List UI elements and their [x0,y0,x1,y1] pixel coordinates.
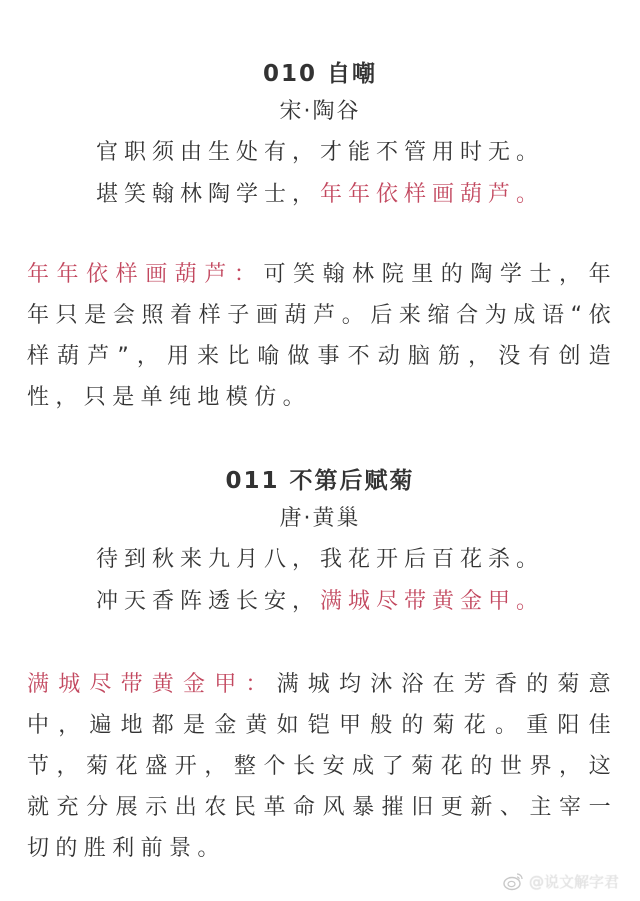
poem-line-text: 冲天香阵透长安， [96,589,320,614]
poem-line: 堪笑翰林陶学士，年年依样画葫芦。 [0,174,640,216]
annotation-text: 满城均沐浴在芳香的菊意中，遍地都是金黄如铠甲般的菊花。重阳佳节，菊花盛开，整个长… [27,672,617,861]
poem-author: 宋·陶谷 [0,92,640,132]
weibo-logo-icon [503,871,525,891]
poem-line-text: 堪笑翰林陶学士， [96,182,320,207]
annotation-term: 年年依样画葫芦： [27,262,263,287]
poem-010-annotation: 年年依样画葫芦：可笑翰林院里的陶学士，年年只是会照着样子画葫芦。后来缩合为成语“… [27,254,617,418]
watermark: @说文解字君 [503,869,619,893]
poem-title: 011 不第后赋菊 [0,463,640,499]
poem-line-highlight: 年年依样画葫芦。 [320,182,544,207]
poem-author: 唐·黄巢 [0,499,640,539]
poem-line-text: 待到秋来九月八，我花开后百花杀。 [96,547,544,572]
poem-line-text: 官职须由生处有，才能不管用时无。 [96,140,544,165]
poem-011-annotation: 满城尽带黄金甲：满城均沐浴在芳香的菊意中，遍地都是金黄如铠甲般的菊花。重阳佳节，… [27,664,617,869]
poem-line-highlight: 满城尽带黄金甲。 [320,589,544,614]
watermark-text: @说文解字君 [529,871,619,892]
poem-title: 010 自嘲 [0,56,640,92]
poem-011: 011 不第后赋菊 唐·黄巢 待到秋来九月八，我花开后百花杀。 冲天香阵透长安，… [0,463,640,623]
poem-010: 010 自嘲 宋·陶谷 官职须由生处有，才能不管用时无。 堪笑翰林陶学士，年年依… [0,56,640,216]
poem-line: 待到秋来九月八，我花开后百花杀。 [0,539,640,581]
poem-line: 官职须由生处有，才能不管用时无。 [0,132,640,174]
poem-line: 冲天香阵透长安，满城尽带黄金甲。 [0,581,640,623]
annotation-term: 满城尽带黄金甲： [27,672,277,697]
